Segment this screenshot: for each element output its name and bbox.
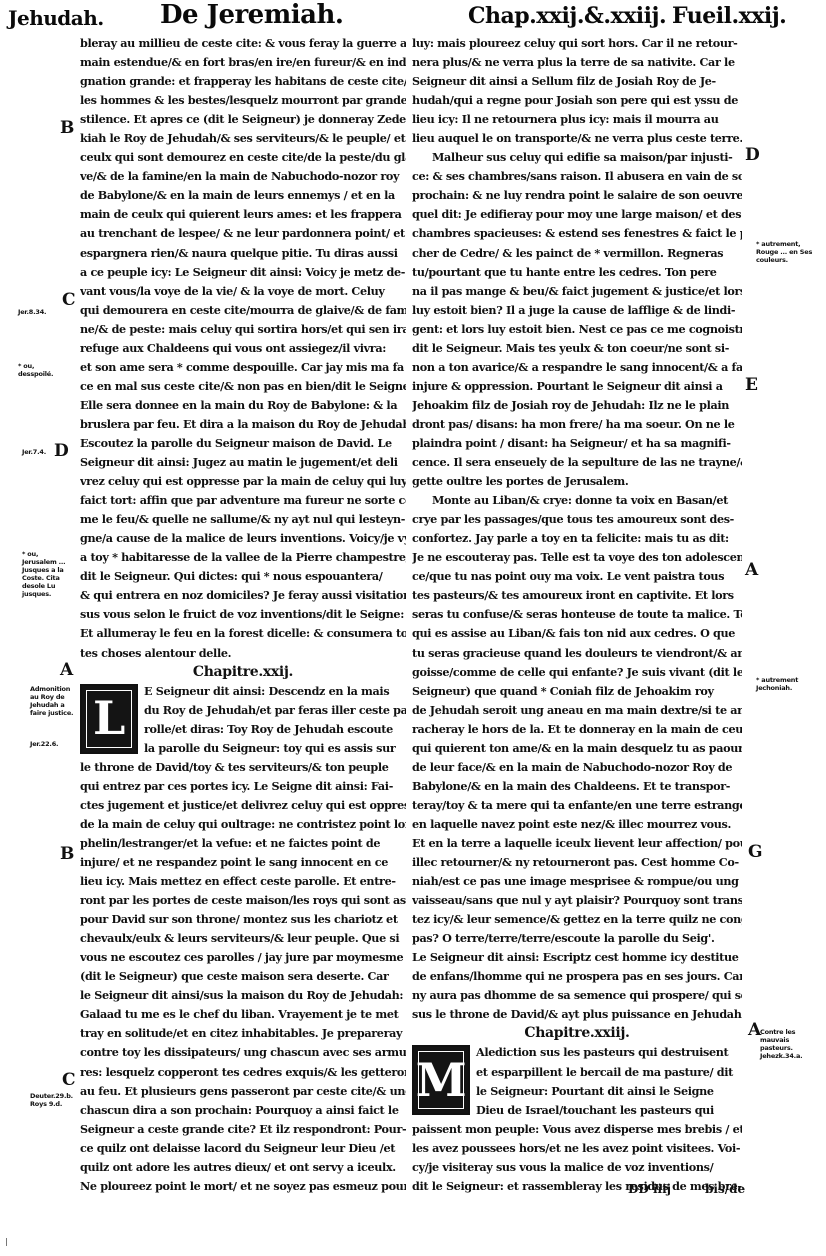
text-line: confortez. Jay parle a toy en ta felicit…	[412, 529, 742, 548]
text-line: Babylone/& en la main des Chaldeens. Et …	[412, 777, 742, 796]
chapter-heading-22: Chapitre.xxij.	[80, 663, 406, 682]
text-line: sus vous selon le fruict de voz inventio…	[80, 605, 406, 624]
text-line: na il pas mange & beu/& faict jugement &…	[412, 282, 742, 301]
text-line: & qui entrera en noz domiciles? Je feray…	[80, 586, 406, 605]
right-column-text-before-chapter: luy: mais ploureez celuy qui sort hors. …	[412, 34, 742, 1024]
margin-note-cross-reference-2: Jer.7.4.	[22, 448, 62, 456]
text-line: luy estoit bien? Il a juge la cause de l…	[412, 301, 742, 320]
text-line: de la main de celuy qui oultrage: ne con…	[80, 815, 406, 834]
decorated-initial-m: M	[412, 1045, 470, 1115]
text-line: ce/que tu nas point ouy ma voix. Le vent…	[412, 567, 742, 586]
text-line: dront pas/ disans: ha mon frere/ ha ma s…	[412, 415, 742, 434]
running-head-left: Jehudah.	[8, 6, 104, 30]
text-line: faict tort: affin que par adventure ma f…	[80, 491, 406, 510]
text-line: vrez celuy qui est oppresse par la main …	[80, 472, 406, 491]
text-line: pour David sur son throne/ montez sus le…	[80, 910, 406, 929]
text-line: dit le Seigneur. Qui dictes: qui * nous …	[80, 567, 406, 586]
text-line: vaisseau/sans que nul y ayt plaisir? Pou…	[412, 891, 742, 910]
text-line: ce: & ses chambres/sans raison. Il abuse…	[412, 167, 742, 186]
text-line: vous ne escoutez ces parolles / jay jure…	[80, 948, 406, 967]
chapter-22-opening: L E Seigneur dit ainsi: Descendz en la m…	[80, 682, 406, 1196]
text-line: lieu icy: Il ne retournera plus icy: mai…	[412, 110, 742, 129]
text-line: Seigneur) que quand * Coniah filz de Jeh…	[412, 682, 742, 701]
text-line: pas? O terre/terre/terre/escoute la paro…	[412, 929, 742, 948]
running-head-book-title: De Jeremiah.	[160, 0, 343, 30]
margin-note-alternate-reading-2: * ou, Jerusalem ... Jusques a la Coste. …	[22, 550, 72, 598]
text-line: ctes jugement et justice/et delivrez cel…	[80, 796, 406, 815]
text-line: crye par les passages/que tous tes amour…	[412, 510, 742, 529]
text-line: les avez poussees hors/et ne les avez po…	[412, 1139, 742, 1158]
text-line: ce quilz ont delaisse lacord du Seigneur…	[80, 1139, 406, 1158]
text-line: seras tu confuse/& seras honteuse de tou…	[412, 605, 742, 624]
margin-section-letter-a-right: A	[745, 560, 758, 580]
left-column-text-before-chapter: bleray au millieu de ceste cite: & vous …	[80, 34, 406, 663]
text-line: de Jehudah seroit ung aneau en ma main d…	[412, 701, 742, 720]
text-line: a ce peuple icy: Le Seigneur dit ainsi: …	[80, 263, 406, 282]
margin-section-letter-d-right: D	[745, 145, 760, 165]
decorated-initial-l: L	[80, 684, 138, 754]
text-line: me le feu/& quelle ne sallume/& ny ayt n…	[80, 510, 406, 529]
text-line: hudah/qui a regne pour Josiah son pere q…	[412, 91, 742, 110]
text-line: ve/& de la famine/en la main de Nabuchod…	[80, 167, 406, 186]
text-line: Monte au Liban/& crye: donne ta voix en …	[412, 491, 742, 510]
text-line: res: lesquelz copperont tes cedres exqui…	[80, 1063, 406, 1082]
text-line: bruslera par feu. Et dira a la maison du…	[80, 415, 406, 434]
text-line: lieu icy. Mais mettez en effect ceste pa…	[80, 872, 406, 891]
margin-section-letter-e-right: E	[745, 375, 758, 395]
text-line: Seigneur a ceste grande cite? Et ilz res…	[80, 1120, 406, 1139]
text-line: dit le Seigneur: et rassembleray les res…	[412, 1177, 742, 1196]
text-line: lieu auquel le on transporte/& ne verra …	[412, 129, 742, 148]
text-line: Jehoakim filz de Josiah roy de Jehudah: …	[412, 396, 742, 415]
text-line: goisse/comme de celle qui enfante? Je su…	[412, 663, 742, 682]
right-column: luy: mais ploureez celuy qui sort hors. …	[412, 34, 742, 1196]
text-line: teray/toy & ta mere qui ta enfante/en un…	[412, 796, 742, 815]
text-line: dit le Seigneur. Mais tes yeulx & ton co…	[412, 339, 742, 358]
text-line: Je ne escouteray pas. Telle est ta voye …	[412, 548, 742, 567]
text-line: gette oultre les portes de Jerusalem.	[412, 472, 742, 491]
text-line: de Babylone/& en la main de leurs ennemy…	[80, 186, 406, 205]
text-line: tes choses alentour delle.	[80, 644, 406, 663]
margin-note-alternate-reading-right: * autrement, Rouge ... en Ses couleurs.	[756, 240, 822, 264]
text-line: cence. Il sera enseuely de la sepulture …	[412, 453, 742, 472]
chapter-heading-23: Chapitre.xxiij.	[412, 1024, 742, 1043]
margin-section-letter-g-right: G	[748, 842, 763, 862]
text-line: les hommes & les bestes/lesquelz mourron…	[80, 91, 406, 110]
text-line: ront par les portes de ceste maison/les …	[80, 891, 406, 910]
text-line: Seigneur dit ainsi: Jugez au matin le ju…	[80, 453, 406, 472]
text-line: nera plus/& ne verra plus la terre de sa…	[412, 53, 742, 72]
text-line: Galaad tu me es le chef du liban. Vrayem…	[80, 1005, 406, 1024]
text-line: vant vous/la voye de la vie/ & la voye d…	[80, 282, 406, 301]
text-line: injure/ et ne respandez point le sang in…	[80, 853, 406, 872]
text-line: illec retourner/& ny retourneront pas. C…	[412, 853, 742, 872]
text-line: au feu. Et plusieurs gens passeront par …	[80, 1082, 406, 1101]
text-line: bleray au millieu de ceste cite: & vous …	[80, 34, 406, 53]
text-line: (dit le Seigneur) que ceste maison sera …	[80, 967, 406, 986]
margin-note-summary: Admonition au Roy de Jehudah a faire jus…	[30, 685, 76, 717]
text-line: Escoutez la parolle du Seigneur maison d…	[80, 434, 406, 453]
margin-section-letter-b-2: B	[60, 844, 74, 864]
text-line: le throne de David/toy & tes serviteurs/…	[80, 758, 406, 777]
text-line: et son ame sera * comme despouille. Car …	[80, 358, 406, 377]
text-line: tu/pourtant que tu hante entre les cedre…	[412, 263, 742, 282]
text-line: Ne ploureez point le mort/ et ne soyez p…	[80, 1177, 406, 1196]
margin-note-summary-right: Contre les mauvais pasteurs. Jehezk.34.a…	[760, 1028, 822, 1060]
text-line: racheray le hors de la. Et te donneray e…	[412, 720, 742, 739]
text-line: chevaulx/eulx & leurs serviteurs/& leur …	[80, 929, 406, 948]
text-line: tes pasteurs/& tes amoureux iront en cap…	[412, 586, 742, 605]
text-line: qui demourera en ceste cite/mourra de gl…	[80, 301, 406, 320]
running-head-chapter-range: Chap.xxij.&.xxiij.	[468, 3, 666, 29]
text-line: ny aura pas dhomme de sa semence qui pro…	[412, 986, 742, 1005]
text-line: le Seigneur dit ainsi/sus la maison du R…	[80, 986, 406, 1005]
catchword: bis/de	[705, 1182, 745, 1196]
text-line: cy/je visiteray sus vous la malice de vo…	[412, 1158, 742, 1177]
text-line: de leur face/& en la main de Nabuchodo-n…	[412, 758, 742, 777]
text-line: plaindra point / disant: ha Seigneur/ et…	[412, 434, 742, 453]
left-column: bleray au millieu de ceste cite: & vous …	[80, 34, 406, 1196]
text-line: Seigneur dit ainsi a Sellum filz de Josi…	[412, 72, 742, 91]
text-line: cher de Cedre/ & les painct de * vermill…	[412, 244, 742, 263]
book-page: Jehudah. De Jeremiah. Chap.xxij.&.xxiij.…	[0, 0, 826, 1256]
text-line: quilz ont adore les autres dieux/ et ont…	[80, 1158, 406, 1177]
text-line: quel dit: Je edifieray pour moy une larg…	[412, 205, 742, 224]
edge-mark	[6, 1238, 7, 1246]
margin-note-alternate-reading-right-2: * autrement Jechoniah.	[756, 676, 822, 692]
text-line: ne/& de peste: mais celuy qui sortira ho…	[80, 320, 406, 339]
text-line: luy: mais ploureez celuy qui sort hors. …	[412, 34, 742, 53]
text-line: non a ton avarice/& a respandre le sang …	[412, 358, 742, 377]
text-line: au trenchant de lespee/ & ne leur pardon…	[80, 224, 406, 243]
text-line: de enfans/lhomme qui ne prospera pas en …	[412, 967, 742, 986]
text-line: main estendue/& en fort bras/en ire/en f…	[80, 53, 406, 72]
text-line: gnation grande: et frapperay les habitan…	[80, 72, 406, 91]
text-line: phelin/lestranger/et la vefue: et ne fai…	[80, 834, 406, 853]
text-line: paissent mon peuple: Vous avez disperse …	[412, 1120, 742, 1139]
text-line: chascun dira a son prochain: Pourquoy a …	[80, 1101, 406, 1120]
margin-note-cross-reference-4: Deuter.29.b. Roys 9.d.	[30, 1092, 72, 1108]
margin-note-alternate-reading: * ou, desspoilé.	[18, 362, 68, 378]
text-line: ceulx qui sont demourez en ceste cite/de…	[80, 148, 406, 167]
text-line: stilence. Et apres ce (dit le Seigneur) …	[80, 110, 406, 129]
running-head-folio: Fueil.xxij.	[672, 3, 786, 29]
text-line: Le Seigneur dit ainsi: Escriptz cest hom…	[412, 948, 742, 967]
text-line: Et en la terre a laquelle iceulx lievent…	[412, 834, 742, 853]
text-line: chambres spacieuses: & estend ses fenest…	[412, 224, 742, 243]
text-line: injure & oppression. Pourtant le Seigneu…	[412, 377, 742, 396]
margin-section-letter-c: C	[62, 290, 76, 310]
text-line: prochain: & ne luy rendra point le salai…	[412, 186, 742, 205]
text-line: gent: et lors luy estoit bien. Nest ce p…	[412, 320, 742, 339]
signature-mark: DD iiij	[628, 1182, 671, 1196]
text-line: ce en mal sus ceste cite/& non pas en bi…	[80, 377, 406, 396]
text-line: niah/est ce pas une image mesprisee & ro…	[412, 872, 742, 891]
margin-note-cross-reference: Jer.8.34.	[18, 308, 68, 316]
text-line: tez icy/& leur semence/& gettez en la te…	[412, 910, 742, 929]
chapter-23-opening: M Alediction sus les pasteurs qui destru…	[412, 1043, 742, 1195]
text-line: qui entrez par ces portes icy. Le Seigne…	[80, 777, 406, 796]
margin-section-letter-c-2: C	[62, 1070, 76, 1090]
text-line: sus le throne de David/& ayt plus puissa…	[412, 1005, 742, 1024]
text-line: Et allumeray le feu en la forest dicelle…	[80, 624, 406, 643]
margin-note-cross-reference-3: Jer.22.6.	[30, 740, 70, 748]
text-line: contre toy les dissipateurs/ ung chascun…	[80, 1043, 406, 1062]
text-line: gne/a cause de la malice de leurs invent…	[80, 529, 406, 548]
text-line: a toy * habitaresse de la vallee de la P…	[80, 548, 406, 567]
text-line: espargnera rien/& naura quelque pitie. T…	[80, 244, 406, 263]
text-line: tu seras gracieuse quand les douleurs te…	[412, 644, 742, 663]
left-column-text-after-chapter: E Seigneur dit ainsi: Descendz en la mai…	[80, 682, 406, 1196]
text-line: Elle sera donnee en la main du Roy de Ba…	[80, 396, 406, 415]
margin-section-letter-b: B	[60, 118, 74, 138]
text-line: kiah le Roy de Jehudah/& ses serviteurs/…	[80, 129, 406, 148]
text-line: en laquelle navez point este nez/& illec…	[412, 815, 742, 834]
text-line: main de ceulx qui quierent leurs ames: e…	[80, 205, 406, 224]
margin-section-letter-a: A	[60, 660, 73, 680]
text-line: tray en solitude/et en citez inhabitable…	[80, 1024, 406, 1043]
text-line: qui es assise au Liban/& fais ton nid au…	[412, 624, 742, 643]
text-line: Malheur sus celuy qui edifie sa maison/p…	[412, 148, 742, 167]
text-line: refuge aux Chaldeens qui vous ont assieg…	[80, 339, 406, 358]
text-line: qui quierent ton ame/& en la main desque…	[412, 739, 742, 758]
